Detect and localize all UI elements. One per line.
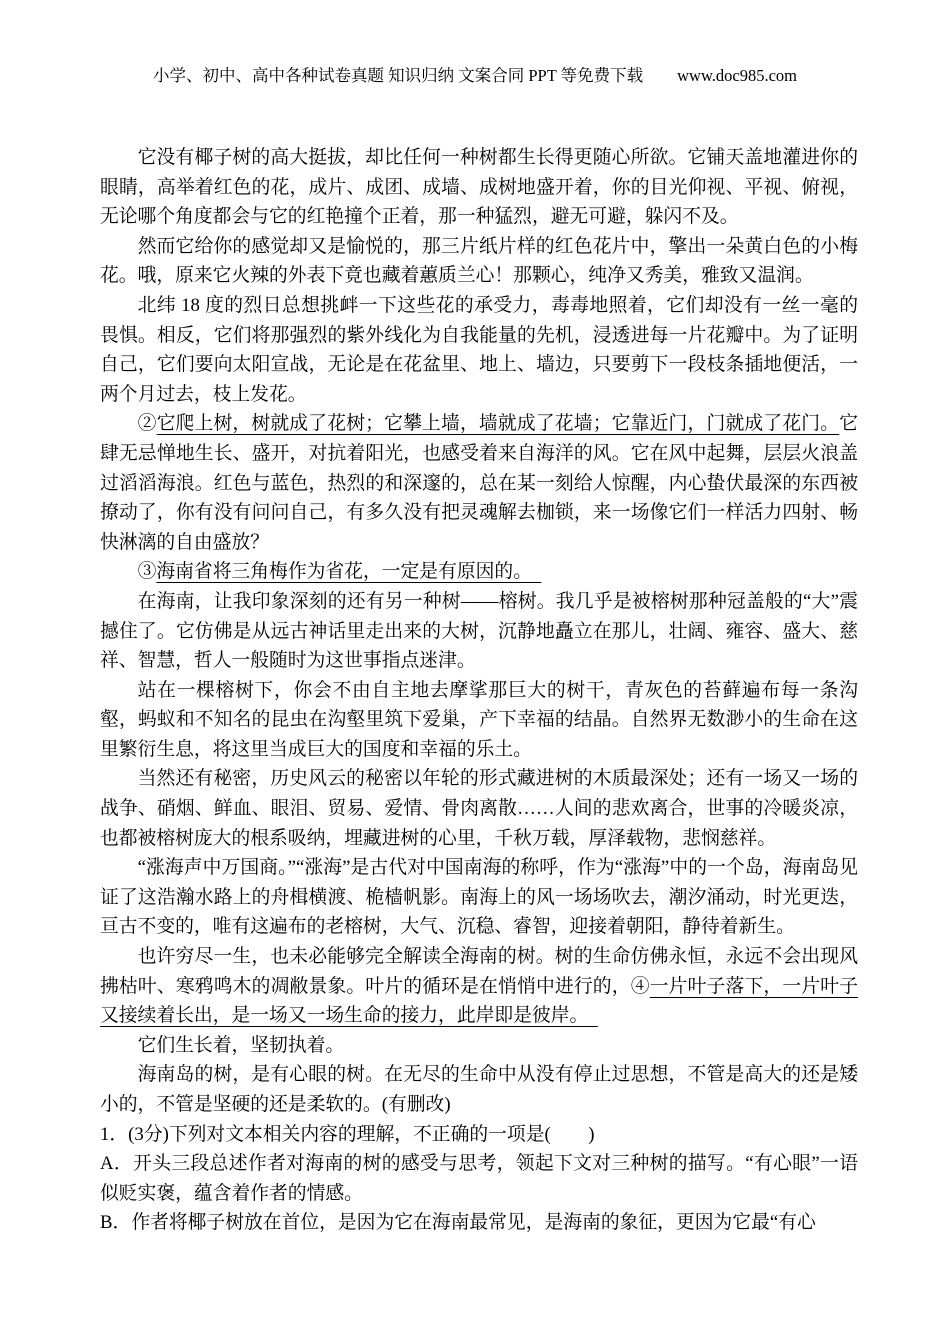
option-label: B．: [100, 1212, 131, 1233]
passage-text: ②: [138, 413, 157, 434]
question-1-stem: 1．(3分)下列对文本相关内容的理解，不正确的一项是( ): [100, 1120, 858, 1150]
option-label: A．: [100, 1153, 133, 1174]
option-a: A．开头三段总述作者对海南的树的感受与思考，领起下文对三种树的描写。“有心眼”一…: [100, 1149, 858, 1208]
passage-paragraph: ②它爬上树，树就成了花树；它攀上墙，墙就成了花墙；它靠近门，门就成了花门。它肆无…: [100, 409, 858, 557]
site-header: 小学、初中、高中各种试卷真题 知识归纳 文案合同 PPT 等免费下载 www.d…: [0, 62, 950, 86]
passage-paragraph: 站在一棵榕树下，你会不由自主地去摩挲那巨大的树干，青灰色的苔藓遍布每一条沟壑，蚂…: [100, 676, 858, 765]
passage-text: 它没有椰子树的高大挺拔，却比任何一种树都生长得更随心所欲。它铺天盖地灌进你的眼睛…: [100, 147, 858, 227]
exam-page: 小学、初中、高中各种试卷真题 知识归纳 文案合同 PPT 等免费下载 www.d…: [0, 0, 950, 1344]
option-b: B．作者将椰子树放在首位，是因为它在海南最常见，是海南的象征，更因为它最“有心: [100, 1208, 858, 1238]
passage-text: 在海南，让我印象深刻的还有另一种树——榕树。我几乎是被榕树那种冠盖般的“大”震撼…: [100, 591, 858, 671]
question-1-options: A．开头三段总述作者对海南的树的感受与思考，领起下文对三种树的描写。“有心眼”一…: [100, 1149, 858, 1238]
passage-paragraph: 在海南，让我印象深刻的还有另一种树——榕树。我几乎是被榕树那种冠盖般的“大”震撼…: [100, 587, 858, 676]
passage-text: “涨海声中万国商。”“涨海”是古代对中国南海的称呼，作为“涨海”中的一个岛，海南…: [100, 857, 858, 937]
passage-text: ③: [138, 561, 157, 582]
passage-text: 海南岛的树，是有心眼的树。在无尽的生命中从没有停止过思想，不管是高大的还是矮小的…: [100, 1064, 858, 1115]
passage-text: 当然还有秘密，历史风云的秘密以年轮的形式藏进树的木质最深处；还有一场又一场的战争…: [100, 768, 858, 848]
site-url-link[interactable]: www.doc985.com: [677, 66, 797, 86]
question-1-text: (3分)下列对文本相关内容的理解，不正确的一项是( ): [128, 1124, 594, 1145]
underlined-sentence: 海南省将三角梅作为省花，一定是有原因的。: [156, 561, 541, 582]
passage-paragraph: 当然还有秘密，历史风云的秘密以年轮的形式藏进树的木质最深处；还有一场又一场的战争…: [100, 764, 858, 853]
passage-paragraph: ③海南省将三角梅作为省花，一定是有原因的。: [100, 557, 858, 587]
passage-paragraph: 然而它给你的感觉却又是愉悦的，那三片纸片样的红色花片中，擎出一朵黄白色的小梅花。…: [100, 232, 858, 291]
passage-paragraph: “涨海声中万国商。”“涨海”是古代对中国南海的称呼，作为“涨海”中的一个岛，海南…: [100, 853, 858, 942]
passage-text: 站在一棵榕树下，你会不由自主地去摩挲那巨大的树干，青灰色的苔藓遍布每一条沟壑，蚂…: [100, 680, 858, 760]
passage-text: 北纬 18 度的烈日总想挑衅一下这些花的承受力，毒毒地照着，它们却没有一丝一毫的…: [100, 295, 858, 405]
passage-paragraph: 它们生长着，坚韧执着。: [100, 1031, 858, 1061]
option-text: 作者将椰子树放在首位，是因为它在海南最常见，是海南的象征，更因为它最“有心: [131, 1212, 815, 1233]
site-notice-text: 小学、初中、高中各种试卷真题 知识归纳 文案合同 PPT 等免费下载: [153, 62, 643, 86]
passage-paragraph: 也许穷尽一生，也未必能够完全解读全海南的树。树的生命仿佛永恒，永远不会出现风拂枯…: [100, 942, 858, 1031]
passage-paragraph: 北纬 18 度的烈日总想挑衅一下这些花的承受力，毒毒地照着，它们却没有一丝一毫的…: [100, 291, 858, 409]
passage-paragraph: 它没有椰子树的高大挺拔，却比任何一种树都生长得更随心所欲。它铺天盖地灌进你的眼睛…: [100, 143, 858, 232]
passage-paragraph: 海南岛的树，是有心眼的树。在无尽的生命中从没有停止过思想，不管是高大的还是矮小的…: [100, 1060, 858, 1119]
reading-passage: 它没有椰子树的高大挺拔，却比任何一种树都生长得更随心所欲。它铺天盖地灌进你的眼睛…: [100, 143, 858, 1120]
passage-text: 然而它给你的感觉却又是愉悦的，那三片纸片样的红色花片中，擎出一朵黄白色的小梅花。…: [100, 236, 858, 287]
passage-text: 它们生长着，坚韧执着。: [138, 1035, 345, 1056]
question-1-number: 1．: [100, 1124, 128, 1145]
option-text: 开头三段总述作者对海南的树的感受与思考，领起下文对三种树的描写。“有心眼”一语似…: [100, 1153, 858, 1204]
underlined-sentence: 它爬上树，树就成了花树；它攀上墙，墙就成了花墙；它靠近门，门就成了花门。: [157, 413, 840, 434]
document-body: 它没有椰子树的高大挺拔，却比任何一种树都生长得更随心所欲。它铺天盖地灌进你的眼睛…: [100, 143, 858, 1238]
